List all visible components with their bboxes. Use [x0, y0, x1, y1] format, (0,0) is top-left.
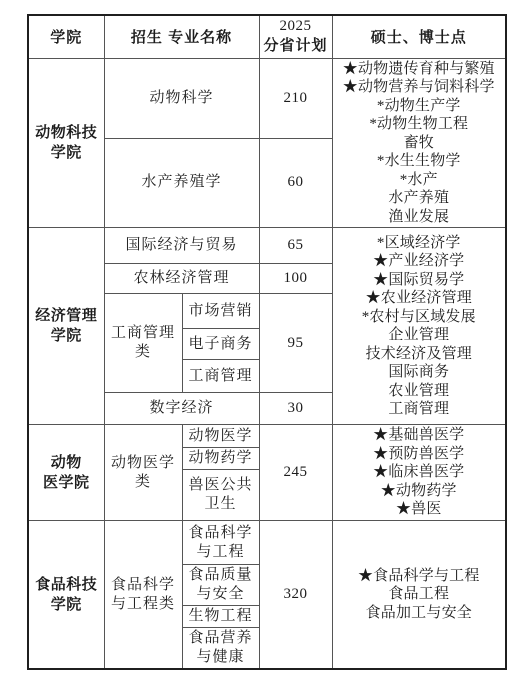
submajor-food-quality-safety: 食品质量 与安全 [182, 565, 259, 606]
header-plan-year: 2025 [264, 17, 328, 36]
submajor-business-admin: 工商管理 [182, 360, 259, 393]
points-list-item: 工商管理 [337, 400, 502, 419]
points-list-item: *水产 [337, 171, 502, 190]
submajor-ecommerce: 电子商务 [182, 329, 259, 360]
major-agri-forestry-econ: 农林经济管理 [104, 264, 259, 294]
points-list-item: *农村与区域发展 [337, 308, 502, 327]
category-food-science-engineering: 食品科学 与工程类 [104, 521, 182, 670]
college-cell-animal-medicine: 动物 医学院 [28, 425, 104, 521]
header-points: 硕士、博士点 [332, 15, 506, 58]
points-list-item: ★动物遗传育种与繁殖 [337, 60, 502, 79]
college-cell-food-science-tech: 食品科技 学院 [28, 521, 104, 670]
plan-animal-science: 210 [259, 58, 332, 138]
header-major: 招生 专业名称 [104, 15, 259, 58]
major-animal-science: 动物科学 [104, 58, 259, 138]
table-row: 经济管理 学院 国际经济与贸易 65 *区域经济学★产业经济学★国际贸易学★农业… [28, 228, 506, 264]
points-animal-medicine: ★基础兽医学★预防兽医学★临床兽医学★动物药学★兽医 [332, 425, 506, 521]
points-econ-mgmt: *区域经济学★产业经济学★国际贸易学★农业经济管理*农村与区域发展企业管理技术经… [332, 228, 506, 425]
points-list-item: ★农业经济管理 [337, 289, 502, 308]
points-list-item: 企业管理 [337, 326, 502, 345]
points-list-item: ★预防兽医学 [337, 445, 502, 464]
category-animal-medicine: 动物医学类 [104, 425, 182, 521]
submajor-marketing: 市场营销 [182, 294, 259, 329]
plan-intl-econ-trade: 65 [259, 228, 332, 264]
table-row: 动物科技 学院 动物科学 210 ★动物遗传育种与繁殖★动物营养与饲料科学*动物… [28, 58, 506, 138]
points-list-item: *水生生物学 [337, 152, 502, 171]
admissions-table: 学院 招生 专业名称 2025 分省计划 硕士、博士点 动物科技 学院 动物科学… [27, 14, 507, 670]
submajor-bioengineering: 生物工程 [182, 606, 259, 628]
submajor-veterinary-public-health: 兽医公共 卫生 [182, 470, 259, 521]
college-cell-econ-mgmt: 经济管理 学院 [28, 228, 104, 425]
points-list-item: ★基础兽医学 [337, 426, 502, 445]
plan-animal-medicine: 245 [259, 425, 332, 521]
points-list-item: 食品加工与安全 [337, 604, 502, 623]
points-list-item: ★食品科学与工程 [337, 567, 502, 586]
submajor-animal-pharmacy: 动物药学 [182, 448, 259, 470]
points-food-science-tech: ★食品科学与工程食品工程食品加工与安全 [332, 521, 506, 670]
major-aquaculture: 水产养殖学 [104, 138, 259, 227]
major-digital-economy: 数字经济 [104, 393, 259, 425]
points-list-item: 水产养殖 [337, 189, 502, 208]
points-list-item: *动物生物工程 [337, 115, 502, 134]
points-list-item: *动物生产学 [337, 97, 502, 116]
header-college: 学院 [28, 15, 104, 58]
major-intl-econ-trade: 国际经济与贸易 [104, 228, 259, 264]
table-row: 食品科技 学院 食品科学 与工程类 食品科学 与工程 320 ★食品科学与工程食… [28, 521, 506, 565]
points-list-item: ★临床兽医学 [337, 463, 502, 482]
college-cell-animal-science-tech: 动物科技 学院 [28, 58, 104, 228]
points-list-item: ★动物药学 [337, 482, 502, 501]
points-list-item: ★兽医 [337, 500, 502, 519]
submajor-food-nutrition-health: 食品营养 与健康 [182, 628, 259, 670]
points-list-item: 农业管理 [337, 382, 502, 401]
points-list-item: *区域经济学 [337, 234, 502, 253]
admissions-table-container: 学院 招生 专业名称 2025 分省计划 硕士、博士点 动物科技 学院 动物科学… [27, 14, 507, 670]
points-list-item: ★国际贸易学 [337, 271, 502, 290]
plan-food-science-tech: 320 [259, 521, 332, 670]
plan-agri-forestry-econ: 100 [259, 264, 332, 294]
category-business-admin: 工商管理类 [104, 294, 182, 393]
points-list-item: 国际商务 [337, 363, 502, 382]
points-list-item: 畜牧 [337, 134, 502, 153]
table-row: 动物 医学院 动物医学类 动物医学 245 ★基础兽医学★预防兽医学★临床兽医学… [28, 425, 506, 448]
submajor-food-science-engineering: 食品科学 与工程 [182, 521, 259, 565]
points-list-item: ★动物营养与饲料科学 [337, 78, 502, 97]
header-plan-label: 分省计划 [264, 36, 328, 56]
points-list-item: 食品工程 [337, 585, 502, 604]
header-row: 学院 招生 专业名称 2025 分省计划 硕士、博士点 [28, 15, 506, 58]
plan-aquaculture: 60 [259, 138, 332, 227]
plan-business-admin: 95 [259, 294, 332, 393]
plan-digital-economy: 30 [259, 393, 332, 425]
points-animal-science-tech: ★动物遗传育种与繁殖★动物营养与饲料科学*动物生产学*动物生物工程畜牧*水生生物… [332, 58, 506, 228]
points-list-item: 技术经济及管理 [337, 345, 502, 364]
points-list-item: 渔业发展 [337, 208, 502, 227]
submajor-animal-medicine: 动物医学 [182, 425, 259, 448]
header-plan: 2025 分省计划 [259, 15, 332, 58]
points-list-item: ★产业经济学 [337, 252, 502, 271]
